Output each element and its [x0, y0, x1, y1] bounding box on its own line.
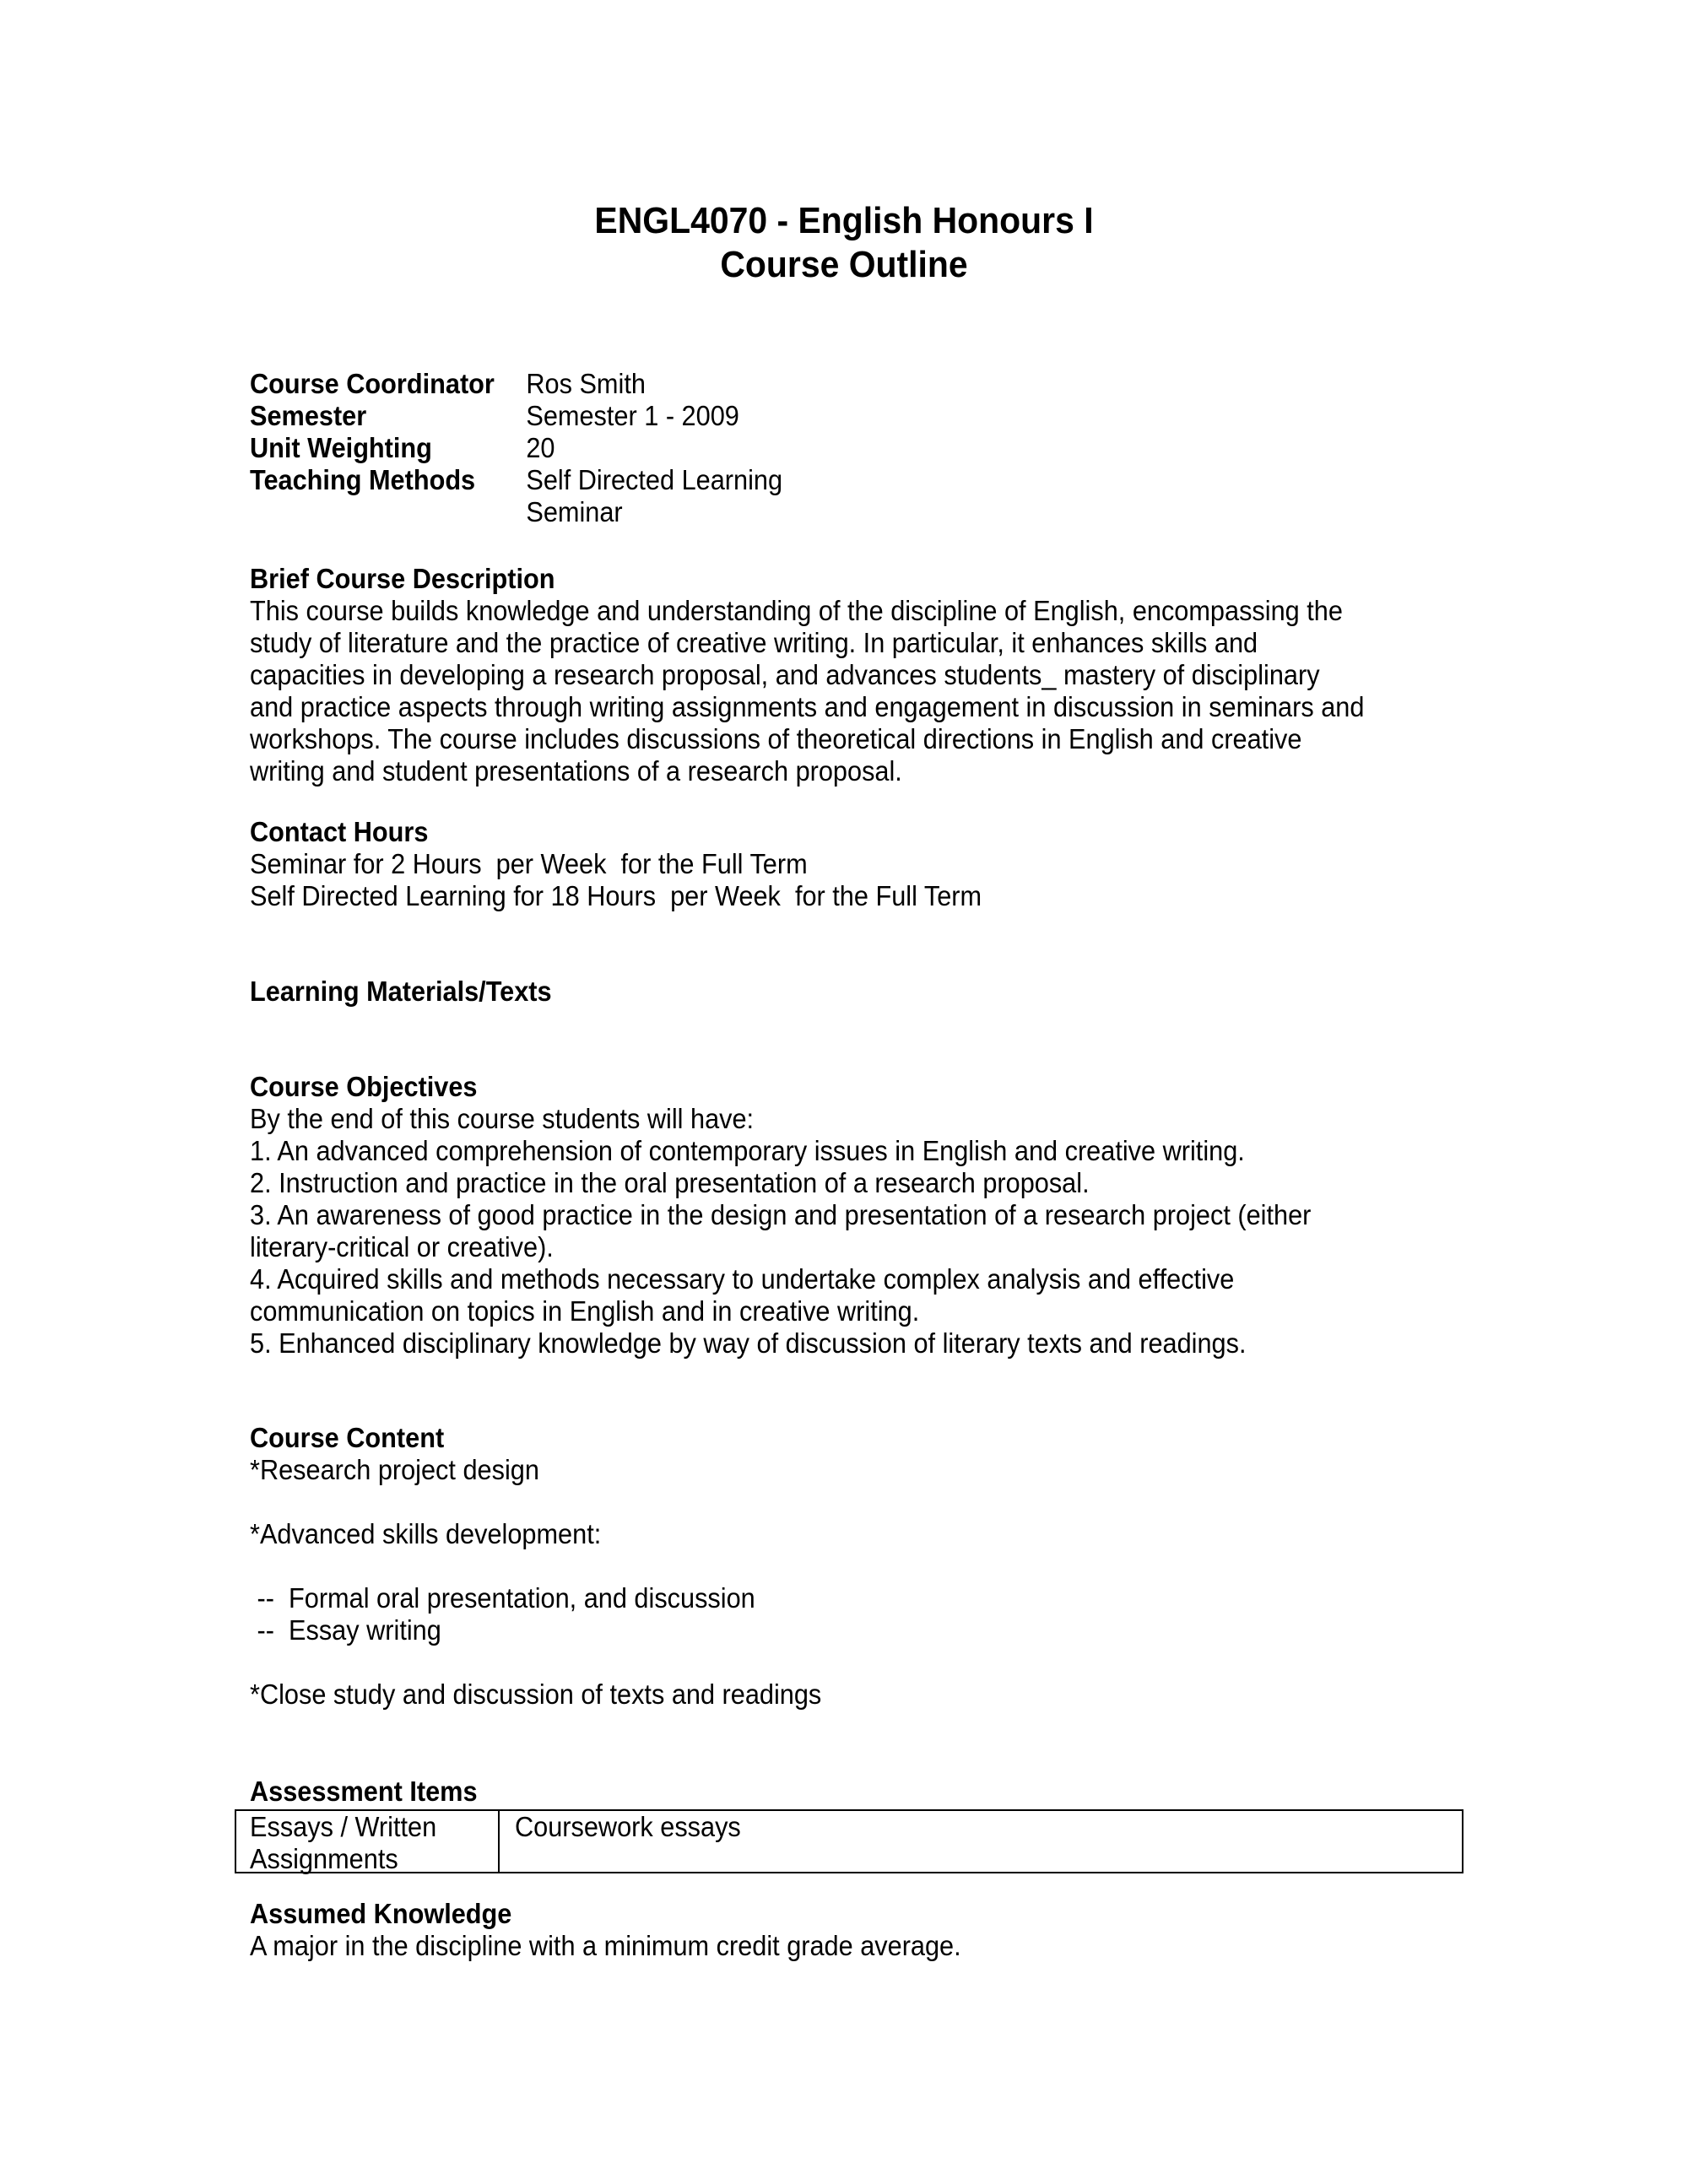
meta-label: Semester [250, 400, 366, 432]
paragraph-line: This course builds knowledge and underst… [250, 595, 1364, 627]
contact-hours-section: Contact Hours Seminar for 2 Hours per We… [250, 816, 982, 912]
objective-line: By the end of this course students will … [250, 1103, 1311, 1135]
objective-line: 1. An advanced comprehension of contempo… [250, 1135, 1311, 1167]
objective-line: communication on topics in English and i… [250, 1295, 1311, 1327]
assessment-item-line: Assignments [250, 1843, 480, 1875]
description-section: Brief Course Description This course bui… [250, 563, 1364, 787]
assessment-item-line: Essays / Written [250, 1811, 480, 1843]
meta-value: Semester 1 - 2009 [526, 400, 738, 432]
meta-label: Course Coordinator [250, 368, 495, 400]
content-line: *Research project design [250, 1454, 821, 1486]
document-subtitle: Course Outline [59, 243, 1629, 287]
meta-value: Self Directed Learning [526, 464, 782, 496]
paragraph-line: writing and student presentations of a r… [250, 755, 1364, 787]
paragraph-line: workshops. The course includes discussio… [250, 723, 1364, 755]
section-heading: Assessment Items [250, 1776, 478, 1808]
contact-hours-line: Seminar for 2 Hours per Week for the Ful… [250, 848, 982, 880]
document-page: ENGL4070 - English Honours I Course Outl… [0, 0, 1688, 2184]
course-title: ENGL4070 - English Honours I [59, 199, 1629, 243]
content-line: -- Essay writing [250, 1614, 821, 1646]
assessment-description: Coursework essays [515, 1811, 1395, 1843]
paragraph-line: study of literature and the practice of … [250, 627, 1364, 659]
meta-value: Ros Smith [526, 368, 646, 400]
paragraph-line: capacities in developing a research prop… [250, 659, 1364, 691]
materials-section: Learning Materials/Texts [250, 976, 552, 1008]
meta-label: Teaching Methods [250, 464, 475, 496]
assessment-section: Assessment Items [250, 1776, 478, 1808]
section-heading: Course Content [250, 1422, 821, 1454]
objective-line: 3. An awareness of good practice in the … [250, 1199, 1311, 1231]
content-line: -- Formal oral presentation, and discuss… [250, 1582, 821, 1614]
assessment-description-cell: Coursework essays [500, 1811, 1462, 1872]
objective-line: 5. Enhanced disciplinary knowledge by wa… [250, 1327, 1311, 1360]
content-line [250, 1486, 821, 1518]
contact-hours-line: Self Directed Learning for 18 Hours per … [250, 880, 982, 912]
content-line: *Close study and discussion of texts and… [250, 1679, 821, 1711]
meta-value: 20 [526, 432, 555, 464]
section-heading: Brief Course Description [250, 563, 1364, 595]
meta-value: Seminar [526, 496, 622, 528]
assumed-knowledge-section: Assumed Knowledge A major in the discipl… [250, 1898, 961, 1962]
objective-line: 2. Instruction and practice in the oral … [250, 1167, 1311, 1199]
paragraph-line: and practice aspects through writing ass… [250, 691, 1364, 723]
assessment-item-cell: Essays / Written Assignments [236, 1811, 500, 1872]
content-line: *Advanced skills development: [250, 1518, 821, 1550]
assessment-table: Essays / Written Assignments Coursework … [235, 1809, 1463, 1873]
section-heading: Course Objectives [250, 1071, 1311, 1103]
section-heading: Contact Hours [250, 816, 982, 848]
objectives-section: Course Objectives By the end of this cou… [250, 1071, 1311, 1360]
content-line [250, 1550, 821, 1582]
section-heading: Assumed Knowledge [250, 1898, 961, 1930]
assumed-knowledge-text: A major in the discipline with a minimum… [250, 1930, 961, 1962]
content-line [250, 1646, 821, 1679]
objective-line: 4. Acquired skills and methods necessary… [250, 1263, 1311, 1295]
content-section: Course Content *Research project design … [250, 1422, 821, 1711]
objective-line: literary-critical or creative). [250, 1231, 1311, 1263]
meta-label: Unit Weighting [250, 432, 432, 464]
section-heading: Learning Materials/Texts [250, 976, 552, 1008]
